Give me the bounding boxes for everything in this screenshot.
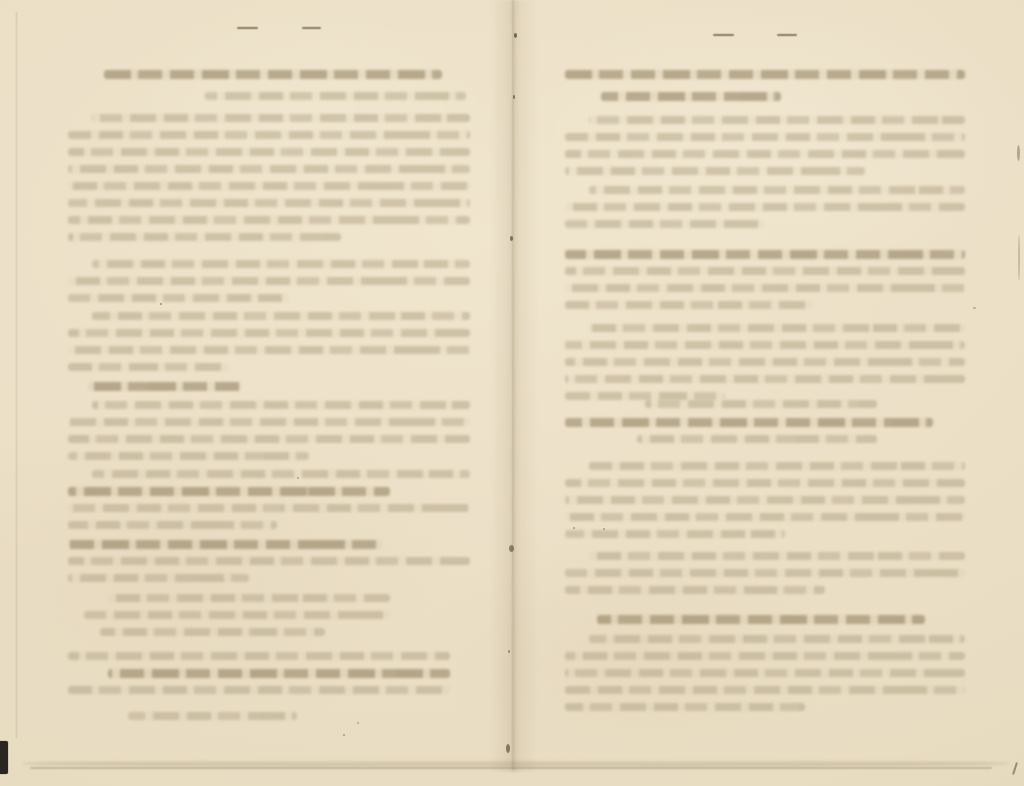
binding-speck: [509, 545, 514, 552]
faded-text-line: [589, 186, 965, 194]
faded-paragraph: [565, 635, 965, 720]
faded-paragraph: [565, 552, 965, 603]
faded-text-line: [565, 669, 965, 677]
faded-text-line: [68, 435, 470, 443]
binding-gutter-shadow: [490, 0, 538, 772]
faded-text-line: [565, 686, 965, 694]
faded-paragraph: [565, 116, 965, 184]
faded-text-line-bold: [108, 669, 450, 678]
faded-text-line: [565, 496, 965, 504]
faded-text-line: [92, 260, 470, 268]
faded-text-line: [565, 703, 805, 711]
page-number-dash: [302, 27, 321, 29]
faded-text-line: [68, 199, 470, 207]
faded-text-line: [565, 513, 965, 521]
faded-text-line: [589, 116, 965, 124]
faded-text-line: [589, 462, 965, 470]
faded-text-line-bold: [88, 382, 241, 391]
page-number-dash: [713, 34, 734, 36]
paper-speck: [573, 527, 575, 529]
faded-text-line-bold: [68, 487, 390, 496]
faded-text-line: [565, 586, 825, 594]
faded-paragraph: [68, 312, 470, 380]
faded-text-line: [565, 167, 865, 175]
faded-text-line: [68, 652, 450, 660]
faded-text-line: [565, 284, 965, 292]
faded-text-line: [565, 392, 725, 400]
faded-paragraph: [68, 260, 470, 311]
page-left: [68, 70, 470, 745]
faded-paragraph: [565, 186, 965, 237]
faded-paragraph: [68, 401, 470, 469]
binding-speck: [508, 650, 510, 653]
faded-text-line: [100, 628, 325, 636]
faded-paragraph: [68, 594, 470, 645]
faded-text-line: [68, 418, 470, 426]
page-edge-mark: [1018, 235, 1020, 281]
faded-text-line: [68, 294, 289, 302]
faded-text-line: [565, 220, 765, 228]
faded-text-line-bold: [104, 70, 442, 79]
faded-text-line: [565, 358, 965, 366]
page-bottom-edge-shadow: [22, 760, 1010, 767]
faded-text-line: [68, 329, 470, 337]
faded-paragraph: [565, 324, 965, 409]
faded-text-line: [68, 216, 470, 224]
faded-paragraph: [565, 400, 965, 417]
paper-speck: [603, 528, 605, 530]
binding-gutter-crease: [512, 0, 514, 770]
paper-speck: [343, 734, 345, 736]
faded-paragraph: [68, 712, 470, 729]
scanned-spread: [0, 0, 1024, 786]
faded-text-line-bold: [565, 418, 933, 427]
page-right: [565, 70, 965, 745]
faded-text-line: [68, 346, 470, 354]
faded-text-line: [565, 479, 965, 487]
faded-text-line: [68, 182, 470, 190]
faded-text-line-bold: [565, 70, 965, 79]
faded-paragraph: [68, 470, 470, 538]
paper-speck: [357, 722, 359, 724]
faded-text-line: [589, 324, 965, 332]
faded-text-line-bold: [68, 540, 382, 549]
faded-text-line: [565, 133, 965, 141]
faded-paragraph: [565, 418, 965, 452]
faded-text-line: [565, 267, 965, 275]
faded-text-line: [92, 114, 470, 122]
page-number-dash: [237, 27, 258, 29]
faded-text-line: [68, 363, 229, 371]
faded-text-line: [565, 375, 965, 383]
faded-text-line: [68, 504, 470, 512]
faded-text-line-bold: [597, 615, 925, 624]
faded-text-line: [645, 400, 877, 408]
faded-text-line: [565, 530, 785, 538]
faded-paragraph: [565, 462, 965, 547]
faded-text-line: [68, 131, 470, 139]
binding-speck: [514, 33, 517, 38]
faded-paragraph: [68, 652, 470, 703]
page-bottom-edge-line: [30, 767, 992, 769]
faded-text-line: [128, 712, 297, 720]
faded-text-line: [68, 148, 470, 156]
paper-speck: [297, 477, 299, 479]
paper-speck: [160, 303, 162, 305]
faded-text-line: [565, 301, 813, 309]
faded-text-line: [84, 611, 390, 619]
faded-text-line: [92, 470, 470, 478]
faded-paragraph: [565, 615, 965, 632]
paper-speck: [973, 307, 976, 309]
faded-text-line: [589, 635, 965, 643]
binding-speck: [506, 744, 510, 753]
faded-text-line: [565, 341, 965, 349]
faded-text-line: [565, 203, 965, 211]
page-number-dash: [777, 34, 797, 36]
faded-text-line: [68, 521, 277, 529]
page-edge-mark: [1012, 762, 1018, 775]
faded-text-line-bold: [565, 250, 965, 259]
faded-text-line: [68, 574, 249, 582]
faded-text-line: [68, 557, 470, 565]
binding-speck: [513, 95, 515, 99]
faded-text-line: [68, 452, 309, 460]
faded-text-line: [68, 277, 470, 285]
faded-text-line-bold: [601, 92, 781, 101]
faded-paragraph: [68, 540, 470, 591]
faded-text-line: [92, 312, 470, 320]
faded-paragraph: [565, 70, 965, 114]
page-edge-mark: [1017, 145, 1020, 161]
faded-text-line: [565, 569, 965, 577]
faded-text-line: [205, 92, 466, 100]
faded-text-line: [637, 435, 877, 443]
faded-paragraph: [68, 70, 470, 114]
left-page-crease: [16, 12, 17, 738]
scanner-corner-mark: [0, 741, 8, 774]
faded-text-line: [108, 594, 389, 602]
faded-paragraph: [565, 250, 965, 318]
faded-text-line: [589, 552, 965, 560]
binding-speck: [510, 236, 513, 241]
faded-text-line: [565, 150, 965, 158]
faded-text-line: [68, 233, 341, 241]
faded-paragraph: [68, 382, 470, 399]
faded-text-line: [92, 401, 470, 409]
faded-text-line: [565, 652, 965, 660]
faded-text-line: [68, 165, 470, 173]
faded-text-line: [68, 686, 450, 694]
faded-paragraph: [68, 114, 470, 250]
